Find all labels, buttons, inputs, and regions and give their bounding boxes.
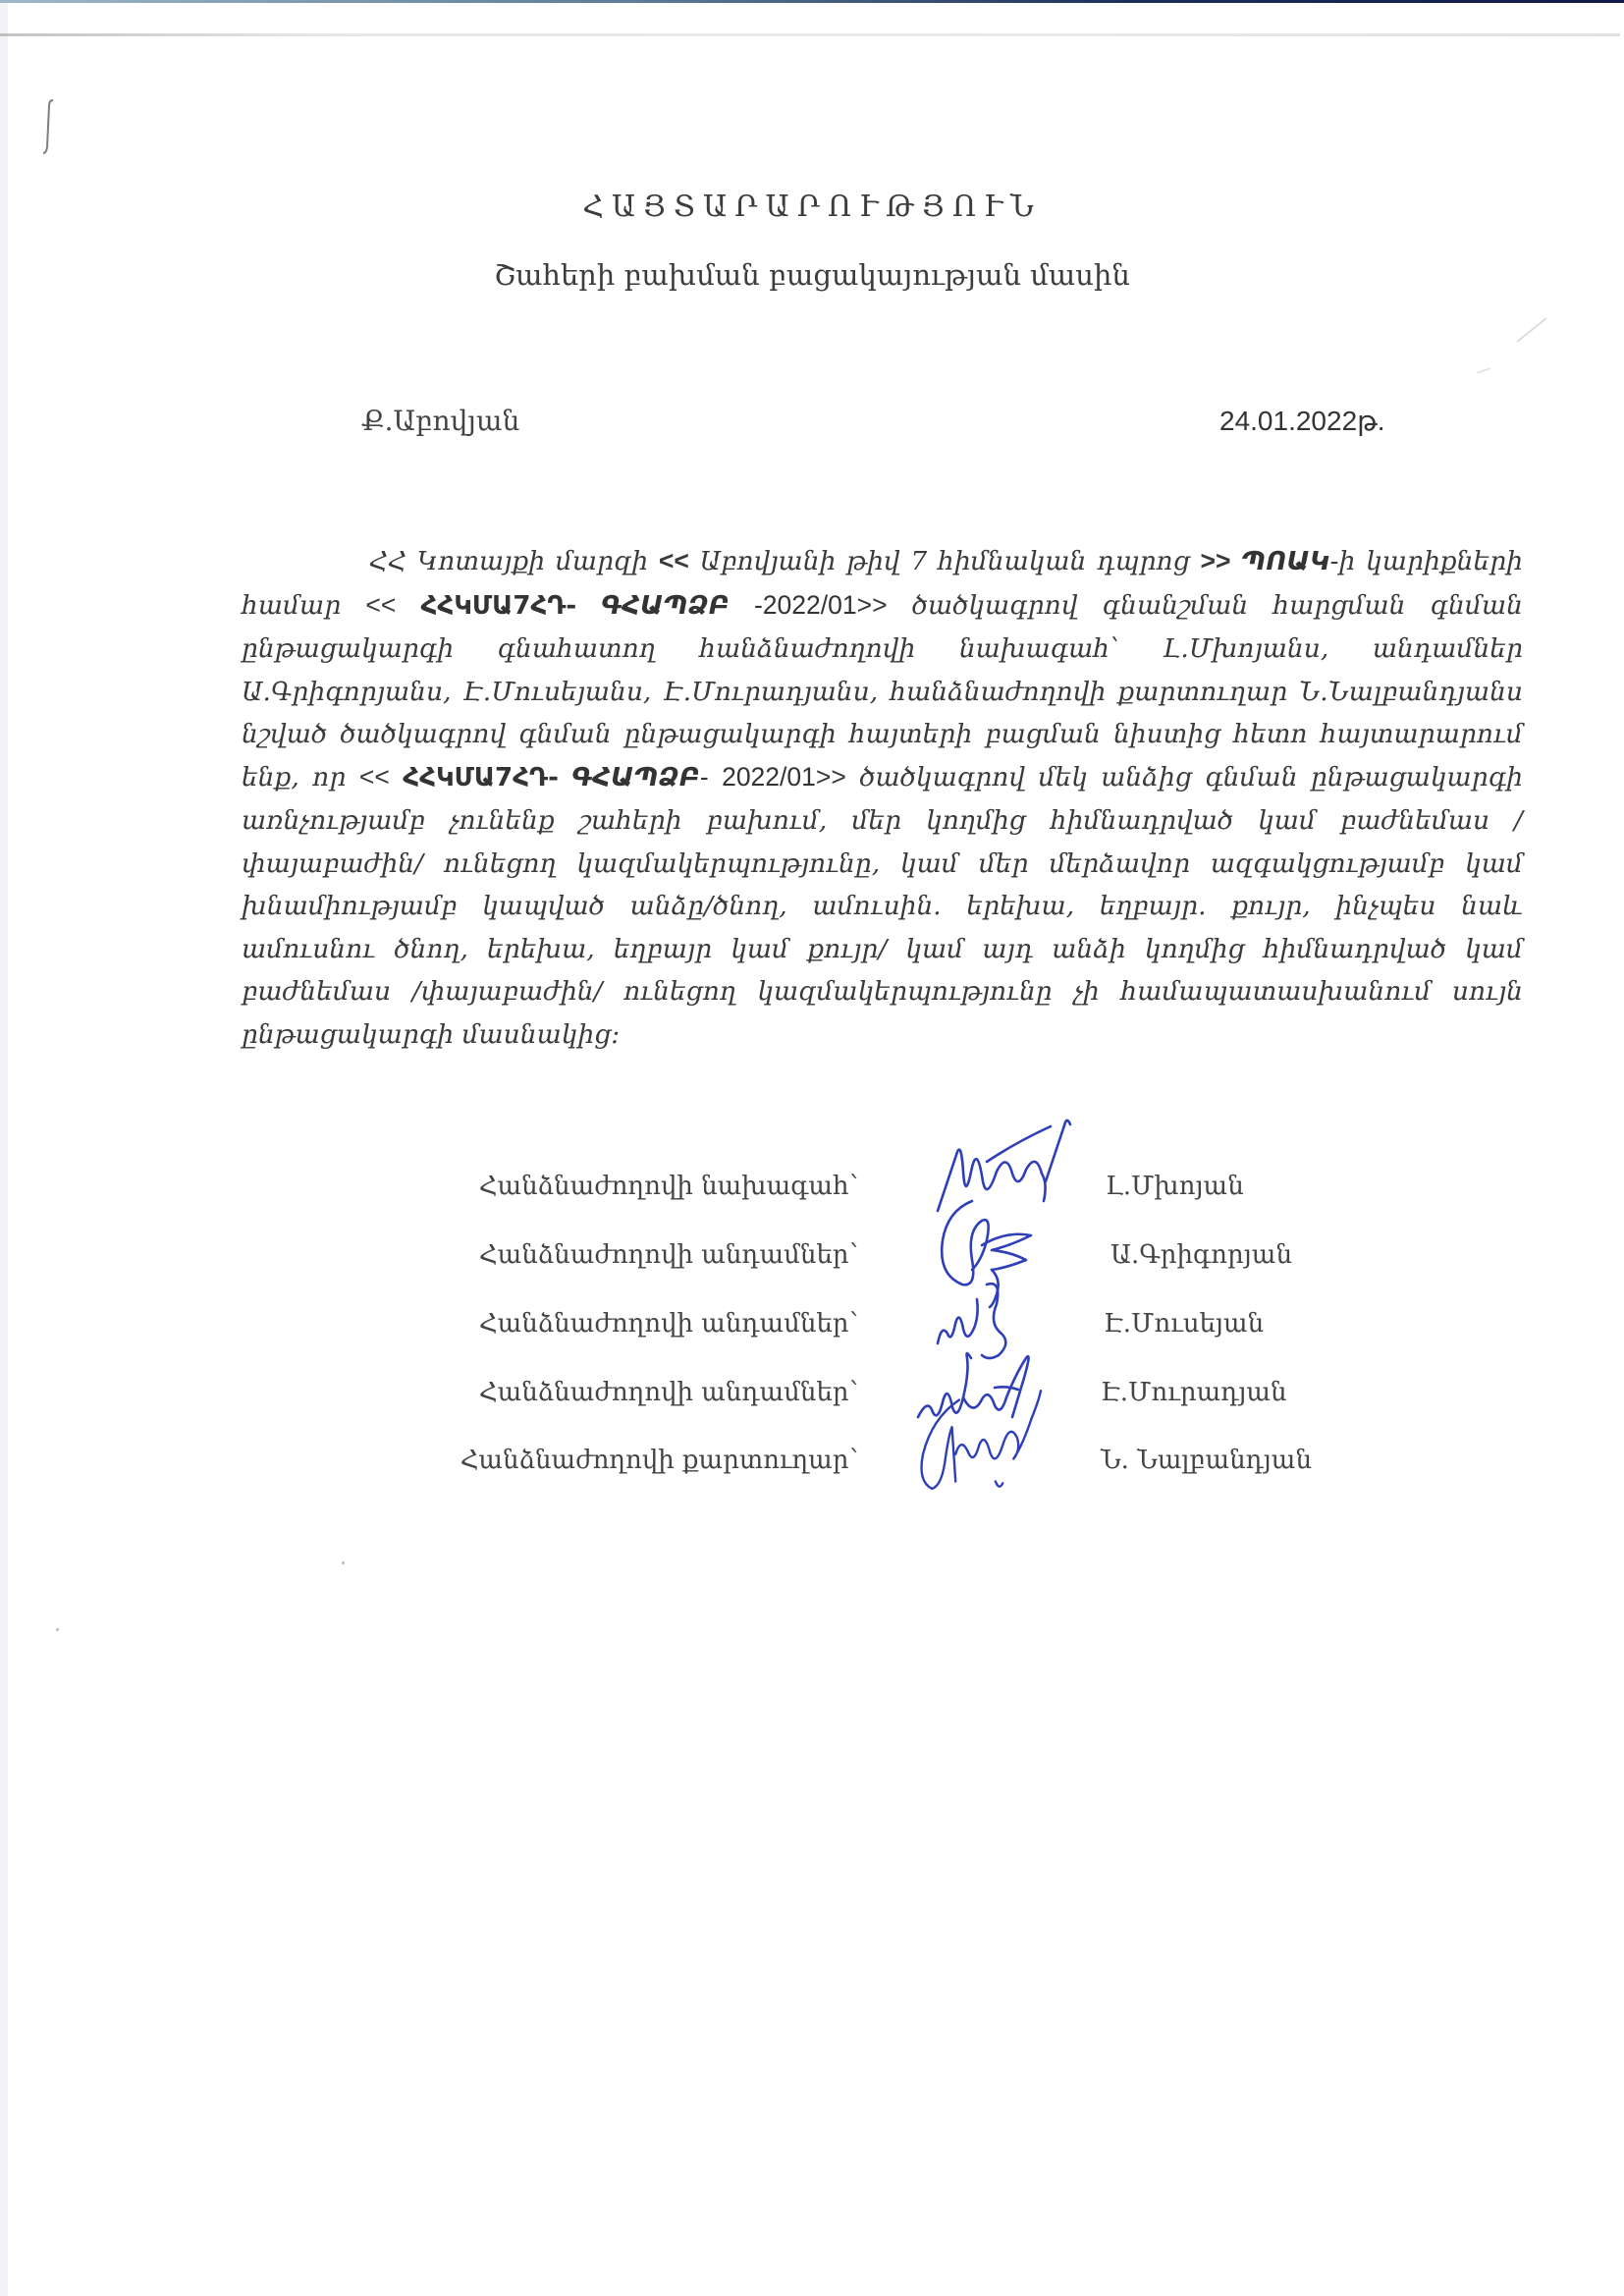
- quote-close: >>: [816, 762, 846, 792]
- procurement-code-year: -2022/01: [754, 590, 857, 620]
- procurement-code-part: ԳՀԱՊՁԲ: [571, 763, 700, 793]
- procurement-code-year: 2022/01: [722, 762, 816, 792]
- document-place: Ք.Աբովյան: [361, 405, 519, 437]
- procurement-code-part: ՀՀԿՄԱ7ՀԴ-: [421, 591, 577, 621]
- signer-role: Հանձնաժողովի անդամներ՝: [479, 1240, 858, 1270]
- procurement-code-dash: -: [700, 762, 709, 792]
- scan-edge-line: [0, 33, 1620, 36]
- signer-name: Է.Մուսեյան: [1104, 1309, 1264, 1339]
- signer-role: Հանձնաժողովի անդամներ՝: [479, 1378, 858, 1407]
- document-date: 24.01.2022թ.: [1219, 405, 1385, 437]
- signer-name: Լ.Մխոյան: [1106, 1172, 1244, 1201]
- declaration-body: ՀՀ Կոտայքի մարզի << Աբովյանի թիվ 7 հիմնա…: [242, 540, 1523, 1056]
- scan-speck: [56, 1628, 59, 1631]
- body-text-segment: ՀՀ Կոտայքի մարզի: [369, 546, 659, 576]
- signer-name: Ն. Նալբանդյան: [1101, 1446, 1312, 1475]
- signature-row-member-2: Հանձնաժողովի անդամներ՝ Է.Մուսեյան: [0, 1299, 1624, 1368]
- pen-mark-icon: [39, 98, 59, 157]
- signer-role: Հանձնաժողովի անդամներ՝: [479, 1309, 858, 1339]
- document-title: ՀԱՅՏԱՐԱՐՈՒԹՅՈՒՆ: [0, 190, 1624, 224]
- signature-row-secretary: Հանձնաժողովի քարտուղար՝ Ն. Նալբանդյան: [0, 1436, 1624, 1504]
- scan-margin-shade: [0, 0, 8, 2296]
- procurement-code-part: ՀՀԿՄԱ7ՀԴ-: [403, 763, 559, 793]
- signature-row-member-1: Հանձնաժողովի անդամներ՝ Ա.Գրիգորյան: [0, 1230, 1624, 1299]
- signer-role: Հանձնաժողովի քարտուղար՝: [460, 1446, 858, 1475]
- scan-edge-top: [0, 0, 1624, 3]
- signature-row-chair: Հանձնաժողովի նախագահ՝ Լ.Մխոյան: [0, 1162, 1624, 1230]
- document-subtitle: Շահերի բախման բացակայության մասին: [0, 258, 1624, 292]
- organization-code: ՊՈԱԿ: [1241, 547, 1329, 576]
- signer-name: Ա.Գրիգորյան: [1110, 1240, 1292, 1270]
- scan-speck: [342, 1561, 345, 1564]
- body-text-segment: Աբովյանի թիվ 7 հիմնական դպրոց: [689, 546, 1201, 576]
- quote-open: <<: [659, 546, 689, 575]
- procurement-code-part: ԳՀԱՊՁԲ: [601, 591, 730, 621]
- scan-scratch-icon: [1473, 314, 1551, 373]
- quote-close: >>: [857, 590, 888, 620]
- signature-row-member-3: Հանձնաժողովի անդամներ՝ Է.Մուրադյան: [0, 1368, 1624, 1437]
- signer-name: Է.Մուրադյան: [1101, 1378, 1287, 1407]
- signer-role: Հանձնաժողովի նախագահ՝: [479, 1172, 858, 1201]
- quote-close: >>: [1201, 546, 1231, 575]
- quote-open: <<: [365, 590, 396, 620]
- quote-open: <<: [359, 762, 390, 792]
- signature-nalbandyan-icon: [898, 1382, 1065, 1500]
- body-text-segment: ծածկագրով մեկ անձից գնման ընթացակարգի առ…: [242, 762, 1523, 1050]
